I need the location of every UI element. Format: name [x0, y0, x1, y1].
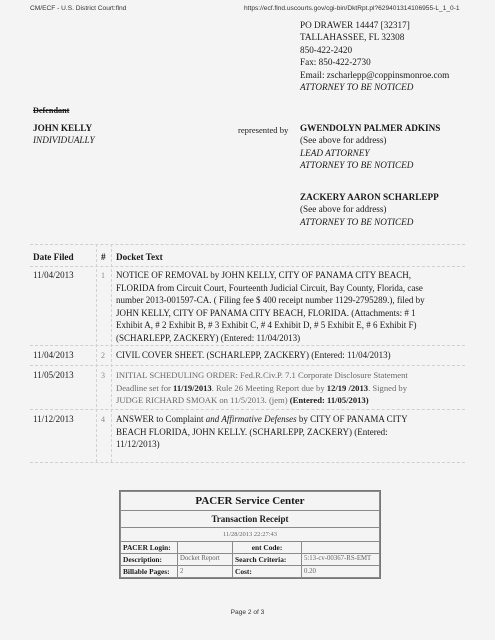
client-code-value [302, 542, 380, 554]
column-header-number: # [101, 252, 106, 262]
docket-number-link[interactable]: 1 [101, 271, 105, 280]
docket-text-line: CIVIL COVER SHEET. (SCHARLEPP, ZACKERY) … [116, 349, 446, 362]
docket-text-line: JOHN KELLY, CITY OF PANAMA CITY BEACH, F… [116, 307, 446, 320]
docket-text: ANSWER to Complaint and Affirmative Defe… [116, 413, 446, 451]
fax: Fax: 850-422-2730 [300, 56, 449, 68]
pacer-timestamp: 11/28/2013 22:27:43 [121, 528, 380, 542]
cost-label: Cost: [233, 566, 302, 578]
attorney-role: ATTORNEY TO BE NOTICED [300, 216, 439, 228]
client-code-label: ent Code: [233, 542, 302, 554]
date-filed: 11/05/2013 [33, 370, 74, 380]
docket-text: INITIAL SCHEDULING ORDER: Fed.R.Civ.P. 7… [116, 369, 446, 407]
docket-text: NOTICE OF REMOVAL by JOHN KELLY, CITY OF… [116, 269, 446, 345]
date-filed: 11/04/2013 [33, 350, 74, 360]
pacer-subtitle: Transaction Receipt [121, 511, 380, 528]
docket-text-line: NOTICE OF REMOVAL by JOHN KELLY, CITY OF… [116, 269, 446, 282]
docket-text-line: ANSWER to Complaint and Affirmative Defe… [116, 413, 446, 426]
docket-text-line: JUDGE RICHARD SMOAK on 11/5/2013. (jem) … [116, 394, 446, 407]
pacer-login-label: PACER Login: [121, 542, 178, 554]
docket-text-line: 11/12/2013) [116, 438, 446, 451]
party-type-label: Defendant [33, 106, 69, 115]
represented-by-label: represented by [238, 125, 288, 135]
billable-pages-label: Billable Pages: [121, 566, 178, 578]
table-border [30, 462, 465, 463]
notice-status: ATTORNEY TO BE NOTICED [300, 81, 449, 93]
docket-text: CIVIL COVER SHEET. (SCHARLEPP, ZACKERY) … [116, 349, 446, 362]
search-criteria-label: Search Criteria: [233, 554, 302, 566]
docket-number-link[interactable]: 2 [101, 351, 105, 360]
attorney-address-block: PO DRAWER 14447 [32317] TALLAHASSEE, FL … [300, 19, 449, 93]
attorney-role: ATTORNEY TO BE NOTICED [300, 159, 440, 171]
address-city: TALLAHASSEE, FL 32308 [300, 31, 449, 43]
print-header-url: https://ecf.flnd.uscourts.gov/cgi-bin/Dk… [244, 5, 460, 12]
defendant-block: JOHN KELLY INDIVIDUALLY [33, 122, 95, 147]
attorney-2: ZACKERY AARON SCHARLEPP (See above for a… [300, 191, 439, 228]
date-filed: 11/04/2013 [33, 270, 74, 280]
attorney-name: ZACKERY AARON SCHARLEPP [300, 191, 439, 203]
docket-text-line: Exhibit A, # 2 Exhibit B, # 3 Exhibit C,… [116, 319, 446, 332]
description-label: Description: [121, 554, 178, 566]
attorney-role: LEAD ATTORNEY [300, 147, 440, 159]
column-header-text: Docket Text [116, 252, 163, 262]
print-header-title: CM/ECF - U.S. District Court:flnd [30, 5, 126, 12]
defendant-name: JOHN KELLY [33, 122, 95, 134]
docket-text-line: FLORIDA from Circuit Court, Fourteenth J… [116, 282, 446, 295]
date-filed: 11/12/2013 [33, 414, 74, 424]
attorney-address-note: (See above for address) [300, 134, 440, 146]
column-divider [96, 244, 97, 462]
defendant-capacity: INDIVIDUALLY [33, 134, 95, 146]
attorney-1: GWENDOLYN PALMER ADKINS (See above for a… [300, 122, 440, 172]
billable-pages-value: 2 [178, 566, 233, 578]
docket-text-line: (SCHARLEPP, ZACKERY) (Entered: 11/04/201… [116, 332, 446, 345]
docket-text-line: Deadline set for 11/19/2013. Rule 26 Mee… [116, 382, 446, 395]
email: Email: zscharlepp@coppinsmonroe.com [300, 69, 449, 81]
pacer-title: PACER Service Center [121, 492, 380, 511]
column-divider [111, 244, 112, 462]
description-value: Docket Report [178, 554, 233, 566]
attorney-name: GWENDOLYN PALMER ADKINS [300, 122, 440, 134]
address-line: PO DRAWER 14447 [32317] [300, 19, 449, 31]
phone: 850-422-2420 [300, 44, 449, 56]
pacer-receipt: PACER Service Center Transaction Receipt… [119, 490, 381, 579]
docket-text-line: INITIAL SCHEDULING ORDER: Fed.R.Civ.P. 7… [116, 369, 446, 382]
column-header-date: Date Filed [33, 252, 74, 262]
docket-text-line: BEACH FLORIDA, JOHN KELLY. (SCHARLEPP, Z… [116, 426, 446, 439]
docket-number-link[interactable]: 4 [101, 415, 105, 424]
cost-value: 0.20 [302, 566, 380, 578]
search-criteria-value: 5:13-cv-00367-RS-EMT [302, 554, 380, 566]
page-number: Page 2 of 3 [0, 609, 495, 616]
docket-number-link[interactable]: 3 [101, 371, 105, 380]
pacer-login-value [178, 542, 233, 554]
docket-text-line: number 2013-001597-CA. ( Filing fee $ 40… [116, 294, 446, 307]
attorney-address-note: (See above for address) [300, 203, 439, 215]
